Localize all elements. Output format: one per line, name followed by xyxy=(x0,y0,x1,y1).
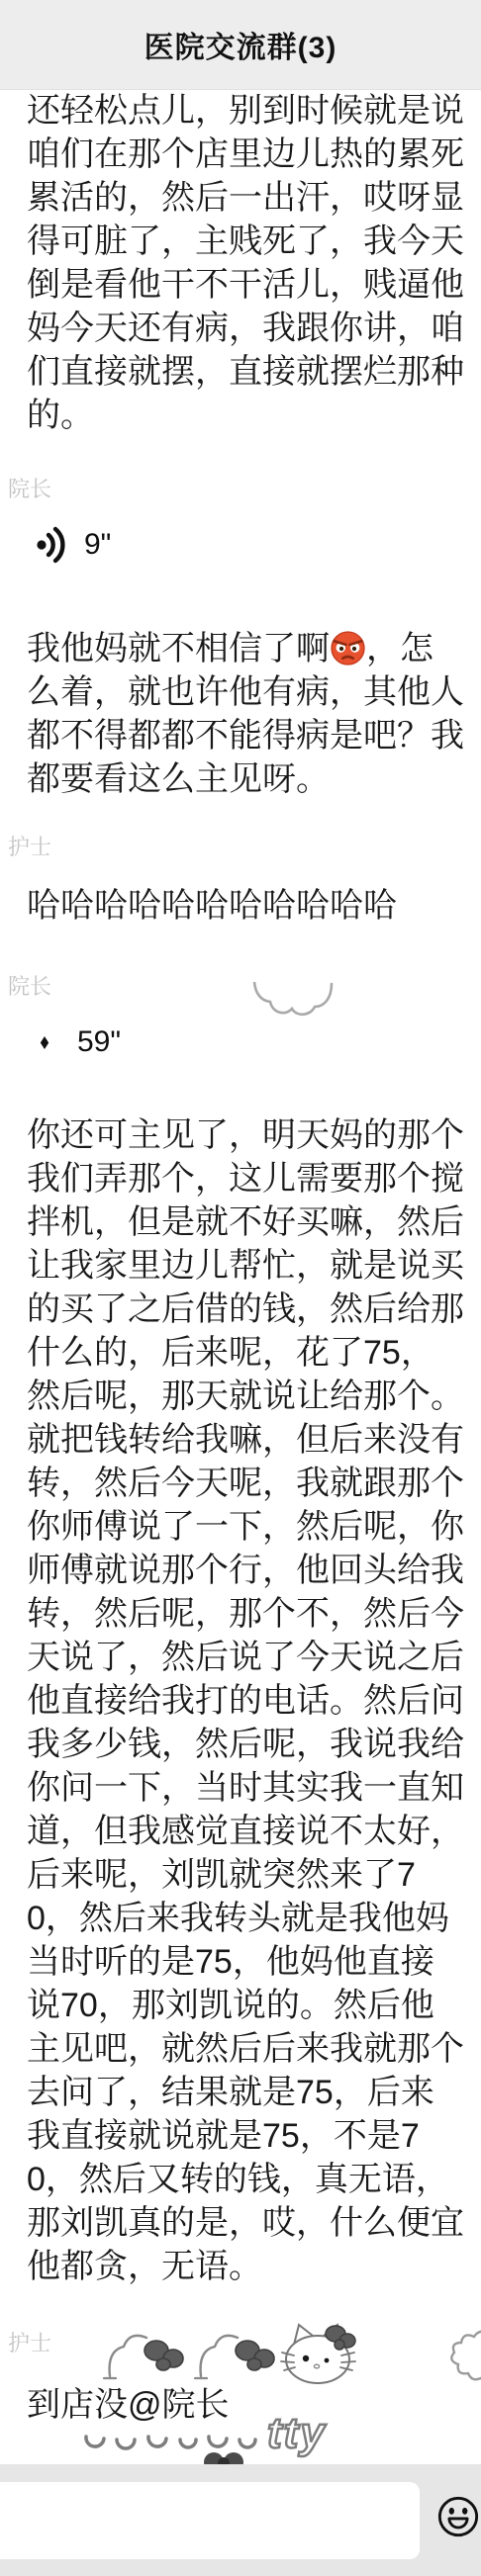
sender-label: 护士 xyxy=(8,834,464,861)
angry-face-emoji-icon xyxy=(330,630,366,666)
message-text[interactable]: 哈哈哈哈哈哈哈哈哈哈哈 xyxy=(27,884,464,928)
voice-duration: 9" xyxy=(84,528,111,562)
sender-label: 院长 xyxy=(8,476,464,503)
sender-label: 护士 xyxy=(8,2330,464,2357)
chat-header: 医院交流群(3) xyxy=(0,0,481,90)
voice-dot-icon xyxy=(40,1035,49,1050)
message-text-part: 我他妈就不相信了啊 xyxy=(27,630,330,667)
bow-partial-doodle-icon xyxy=(200,2446,247,2464)
sender-label: 院长 xyxy=(8,973,464,1001)
message-text[interactable]: 还轻松点儿，别到时候就是说咱们在那个店里边儿热的累死累活的，然后一出汗，哎呀显得… xyxy=(27,89,464,437)
voice-wave-icon xyxy=(35,526,68,564)
chat-area: 还轻松点儿，别到时候就是说咱们在那个店里边儿热的累死累活的，然后一出汗，哎呀显得… xyxy=(0,89,481,2427)
voice-message[interactable]: 9" xyxy=(35,525,464,565)
chat-title: 医院交流群(3) xyxy=(144,23,337,66)
voice-message[interactable]: 59" xyxy=(40,1022,464,1062)
emoji-button[interactable] xyxy=(436,2495,480,2538)
message-text[interactable]: 到店没@院长 xyxy=(27,2383,464,2427)
voice-duration: 59" xyxy=(77,1025,121,1059)
message-text[interactable]: 你还可主见了，明天妈的那个我们弄那个，这儿需要那个搅拌机，但是就不好买嘛，然后让… xyxy=(27,1113,464,2288)
message-input[interactable] xyxy=(0,2482,420,2559)
chat-screen: 医院交流群(3) xyxy=(0,0,481,2576)
message-text[interactable]: 我他妈就不相信了啊 ，怎么着，就也许他有病，其他人都不得都都不能得病是吧？我都要… xyxy=(27,627,464,801)
message-input-bar xyxy=(0,2464,481,2576)
